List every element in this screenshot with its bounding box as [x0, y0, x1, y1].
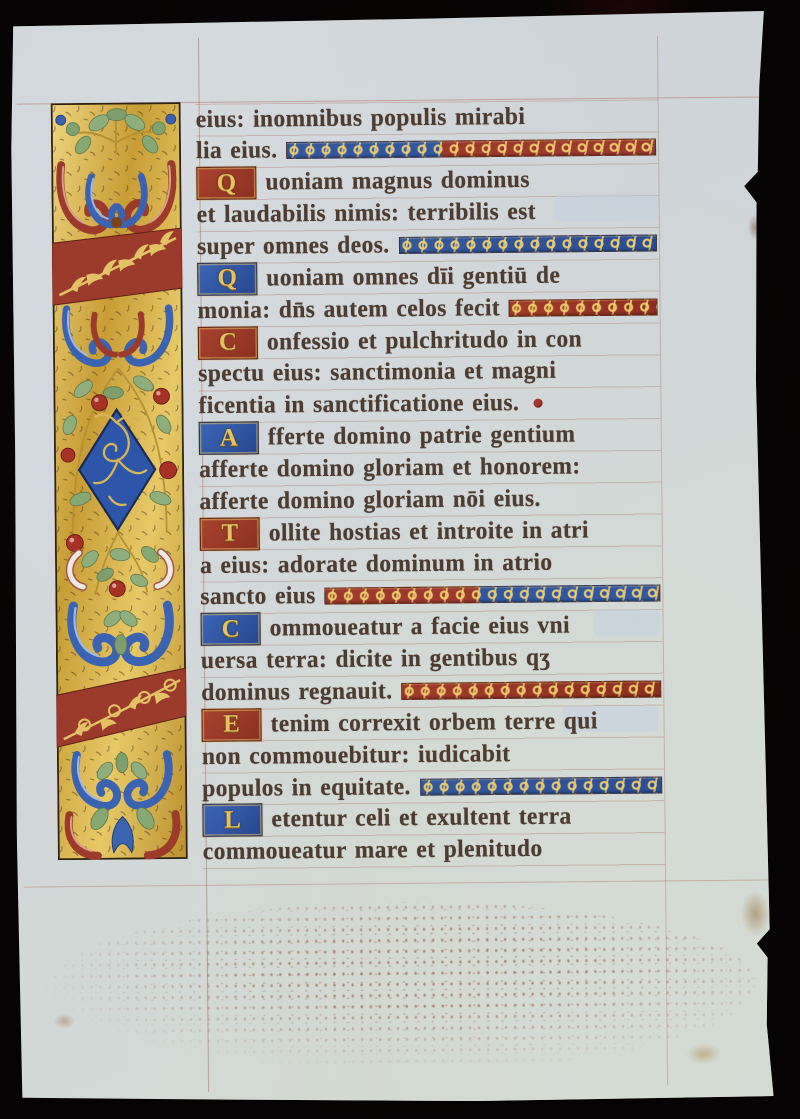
text-line: super omnes deos.	[197, 227, 659, 263]
text-line: afferte domino gloriam nōi eius.	[199, 482, 661, 518]
line-text: ollite hostias et introite in atri	[269, 516, 589, 547]
line-text: tenim correxit orbem terre qui	[270, 707, 597, 738]
line-text: populos in equitate.	[202, 773, 411, 803]
line-text: monia: dn̄s autem celos fecit	[197, 294, 500, 325]
line-text: ommoueatur a facie eius vni	[270, 612, 571, 643]
line-text: uoniam magnus dominus	[265, 166, 530, 197]
line-filler	[401, 680, 661, 699]
text-line: Afferte domino patrie gentium	[199, 418, 661, 454]
ruling-horizontal-bottom	[24, 879, 772, 887]
line-text: non commouebitur: iudicabit	[202, 740, 511, 771]
line-filler	[420, 776, 663, 795]
line-text: super omnes deos.	[197, 231, 390, 261]
stain	[740, 890, 770, 936]
line-text: spectu eius: sanctimonia et magni	[198, 357, 556, 389]
line-text: uersa terra: dicite in gentibus qʒ	[201, 644, 551, 675]
text-line: Letentur celi et exultent terra	[202, 800, 664, 836]
text-line: a eius: adorate dominum in atrio	[200, 545, 662, 581]
text-line: spectu eius: sanctimonia et magni	[198, 354, 660, 390]
illuminated-initial: L	[202, 804, 262, 838]
line-filler	[325, 585, 661, 605]
illuminated-initial: T	[200, 517, 260, 551]
illuminated-initial: Q	[196, 166, 256, 200]
text-line: Quoniam magnus dominus	[196, 163, 658, 199]
line-filler	[509, 298, 658, 316]
text-line: Tollite hostias et introite in atri	[200, 514, 662, 550]
line-text: et laudabilis nimis: terribilis est	[197, 198, 537, 229]
illuminated-initial: E	[201, 708, 261, 742]
text-line: eius: inomnibus populis mirabi	[196, 99, 658, 135]
line-text: uoniam omnes dīi gentiū de	[266, 262, 560, 293]
line-text: lia eius.	[196, 137, 278, 166]
illuminated-initial: C	[198, 326, 258, 360]
illuminated-border-panel	[51, 102, 188, 860]
line-text: eius: inomnibus populis mirabi	[196, 103, 526, 134]
text-line: lia eius.	[196, 131, 658, 167]
text-line: et laudabilis nimis: terribilis est	[197, 195, 659, 231]
illuminated-initial: A	[199, 421, 259, 455]
text-line: Confessio et pulchritudo in con	[198, 322, 660, 358]
illuminated-initial: C	[201, 612, 261, 646]
text-line: afferte domino gloriam et honorem:	[199, 450, 661, 486]
text-line: Quoniam omnes dīi gentiū de	[197, 259, 659, 295]
text-line: non commouebitur: iudicabit	[202, 737, 664, 773]
manuscript-page: eius: inomnibus populis mirabi lia eius.…	[8, 10, 781, 1107]
illuminated-initial: Q	[197, 262, 257, 296]
line-text: dominus regnauit.	[201, 677, 392, 707]
text-line: monia: dn̄s autem celos fecit	[197, 291, 659, 327]
line-text: afferte domino gloriam nōi eius.	[199, 485, 541, 516]
stain	[686, 1043, 722, 1065]
text-line: commoueatur mare et plenitudo	[203, 832, 665, 868]
text-line: uersa terra: dicite in gentibus qʒ	[201, 641, 663, 677]
stain	[53, 1013, 75, 1029]
line-text: afferte domino gloriam et honorem:	[199, 453, 581, 485]
text-line: dominus regnauit.	[201, 673, 663, 709]
text-line: sancto eius	[200, 577, 662, 613]
text-line: populos in equitate.	[202, 768, 664, 804]
text-line: Etenim correxit orbem terre qui	[201, 705, 663, 741]
line-filler	[286, 139, 656, 160]
text-line: Commoueatur a facie eius vni	[201, 609, 663, 645]
line-text: sancto eius	[200, 583, 316, 612]
line-filler	[398, 234, 657, 253]
line-text: a eius: adorate dominum in atrio	[200, 548, 553, 579]
text-line: ficentia in sanctificatione eius.	[198, 386, 660, 422]
line-text: etentur celi et exultent terra	[271, 803, 571, 834]
line-text: onfessio et pulchritudo in con	[267, 325, 582, 356]
red-dot	[533, 399, 542, 408]
line-text: fferte domino patrie gentium	[268, 421, 576, 452]
parchment-speckles	[41, 899, 758, 1076]
line-text: ficentia in sanctificatione eius.	[198, 389, 519, 420]
line-text: commoueatur mare et plenitudo	[203, 835, 543, 866]
